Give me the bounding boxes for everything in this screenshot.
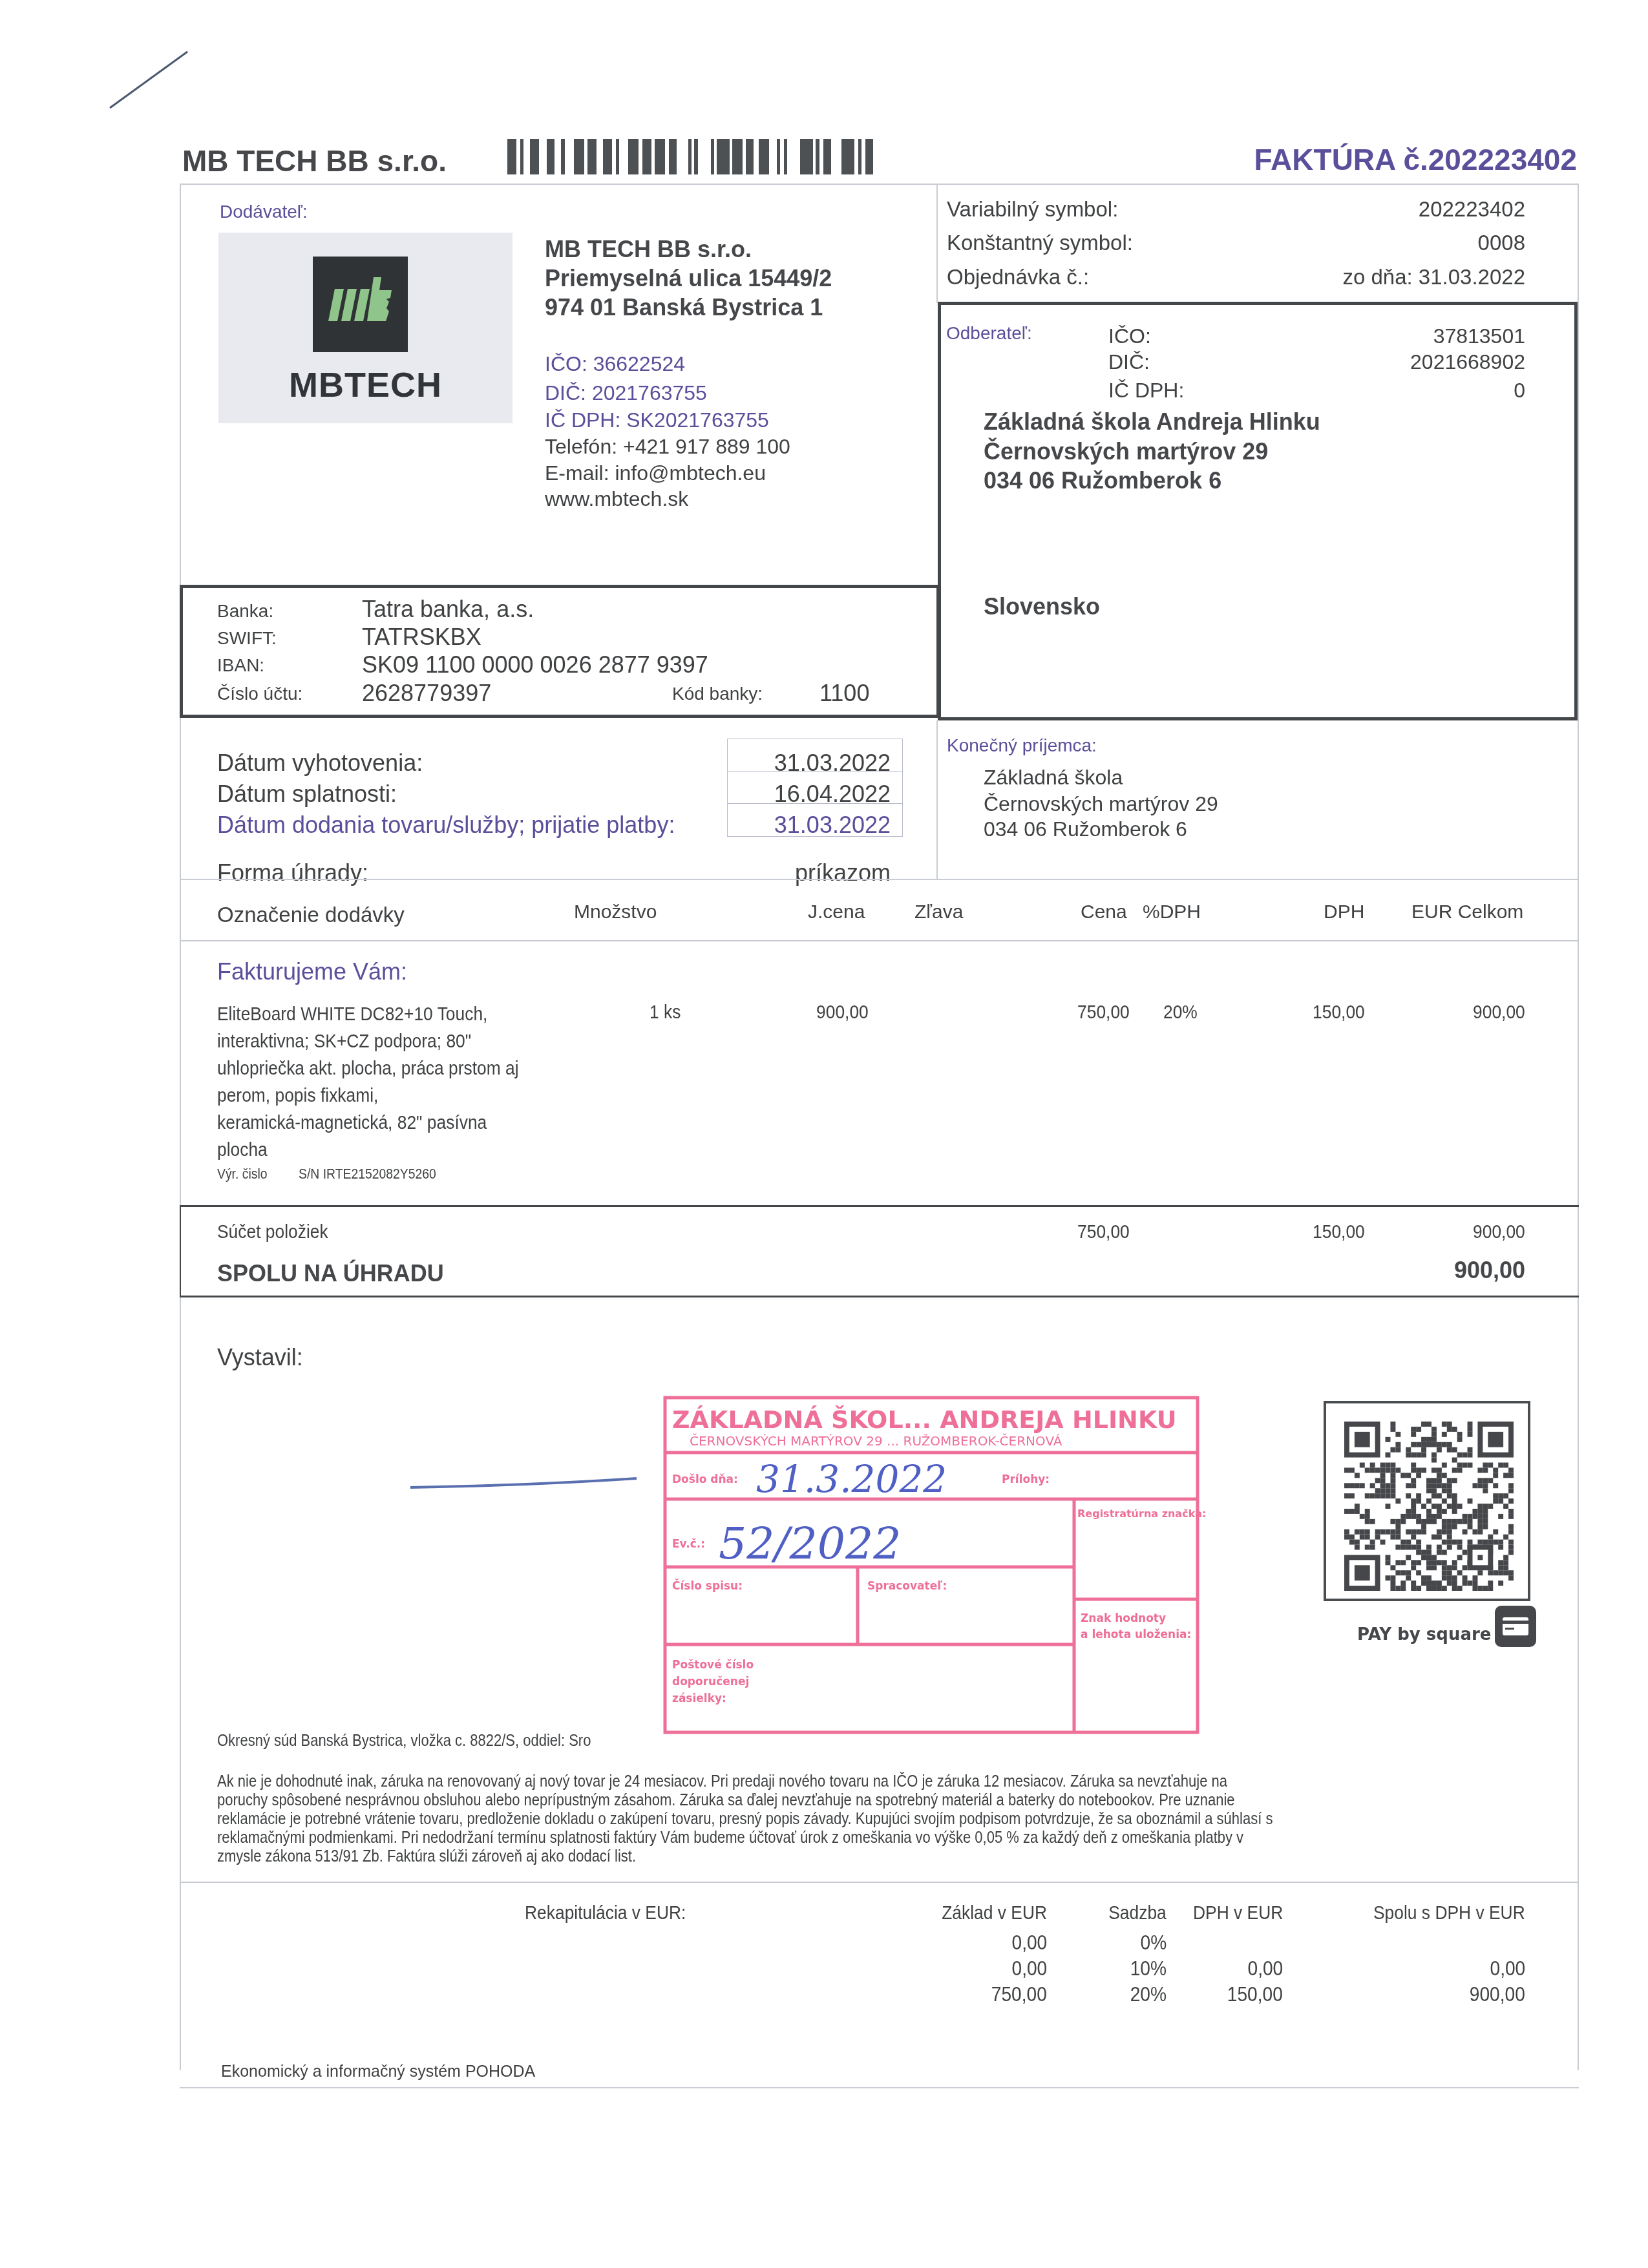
col-header-quantity: Množstvo	[574, 901, 657, 923]
barcode-bar	[732, 139, 743, 174]
serial-number: S/N IRTE2152082Y5260	[299, 1166, 455, 1182]
payment-method-label: Forma úhrady:	[217, 859, 368, 887]
divider	[180, 2087, 1579, 2088]
supplier-phone: Telefón: +421 917 889 100	[545, 435, 790, 459]
warranty-text-line: poruchy spôsobené nesprávnou obsluhou al…	[217, 1791, 1373, 1810]
issue-date-label: Dátum vyhotovenia:	[217, 750, 423, 777]
warranty-text-line: zmysle zákona 513/91 Zb. Faktúra slúži z…	[217, 1847, 693, 1866]
court-registration: Okresný súd Banská Bystrica, vložka c. 8…	[217, 1732, 642, 1750]
variable-symbol-label: Variabilný symbol:	[947, 197, 1118, 222]
customer-name: Základná škola Andreja Hlinku	[984, 408, 1320, 436]
swift-label: SWIFT:	[217, 628, 277, 649]
logo-mark-square	[313, 257, 408, 352]
item-total: 900,00	[1466, 1002, 1525, 1024]
barcode-bar	[603, 139, 612, 174]
pen-mark-top	[107, 48, 197, 113]
due-date: 16.04.2022	[774, 781, 891, 808]
barcode-bar	[816, 139, 819, 174]
pen-stroke-signature	[407, 1473, 640, 1493]
bank-name: Tatra banka, a.s.	[362, 596, 534, 623]
delivery-date: 31.03.2022	[774, 812, 891, 839]
thumbs-up-mb-icon	[324, 276, 396, 324]
customer-street: Černovských martýrov 29	[984, 438, 1268, 465]
recap-header-vat: DPH v EUR	[1181, 1902, 1283, 1924]
variable-symbol-value: 202223402	[1419, 197, 1525, 222]
barcode-bar	[669, 139, 677, 174]
item-description-line: uhlopriečka akt. plocha, práca prstom aj	[217, 1055, 560, 1083]
total-to-pay-label: SPOLU NA ÚHRADU	[217, 1260, 444, 1287]
qr-code-icon	[1344, 1422, 1514, 1591]
divider	[180, 1296, 1579, 1297]
logo-text: MBTECH	[218, 365, 512, 405]
col-header-unit-price: J.cena	[808, 901, 865, 923]
divider	[180, 1205, 181, 1296]
barcode-bar	[530, 139, 539, 174]
order-date: zo dňa: 31.03.2022	[1342, 265, 1525, 289]
recap-rate: 10%	[1125, 1957, 1167, 1980]
divider	[180, 184, 181, 2070]
barcode-bar	[628, 139, 639, 174]
pay-by-square-label: PAY by square	[1357, 1625, 1491, 1644]
divider	[180, 940, 1579, 941]
barcode-bar	[642, 139, 651, 174]
col-header-price: Cena	[1081, 901, 1127, 923]
supplier-dic: DIČ: 2021763755	[545, 381, 707, 405]
barcode-bar	[561, 139, 565, 174]
recap-header-rate: Sadzba	[1101, 1902, 1167, 1924]
barcode-bar	[520, 139, 523, 174]
constant-symbol-label: Konštantný symbol:	[947, 231, 1133, 255]
recap-header-total: Spolu s DPH v EUR	[1353, 1902, 1525, 1924]
supplier-name: MB TECH BB s.r.o.	[545, 236, 752, 263]
customer-dic-label: DIČ:	[1108, 350, 1150, 374]
recap-base: 0,00	[1007, 1957, 1047, 1980]
items-intro: Fakturujeme Vám:	[217, 958, 407, 985]
supplier-ic-dph: IČ DPH: SK2021763755	[545, 408, 769, 432]
divider	[936, 720, 938, 879]
items-sum-vat: 150,00	[1305, 1221, 1365, 1243]
total-to-pay: 900,00	[1454, 1257, 1525, 1284]
barcode-bar	[717, 139, 730, 174]
item-description-line: EliteBoard WHITE DC82+10 Touch,	[217, 1000, 525, 1029]
final-recipient-city: 034 06 Ružomberok 6	[984, 817, 1187, 841]
item-price: 750,00	[1070, 1002, 1130, 1024]
supplier-ico: IČO: 36622524	[545, 352, 685, 376]
divider	[180, 879, 1579, 880]
issued-by-label: Vystavil:	[217, 1344, 303, 1371]
divider	[180, 1205, 1579, 1207]
recap-base: 0,00	[1007, 1931, 1047, 1955]
items-sum-price: 750,00	[1070, 1221, 1130, 1243]
col-header-description: Označenie dodávky	[217, 903, 405, 927]
stamp-reg-mark-label: Registratúrna značka:	[1077, 1507, 1206, 1520]
stamp-ev-label: Ev.č.:	[672, 1538, 705, 1551]
final-recipient-name: Základná škola	[984, 766, 1123, 790]
barcode-bar	[759, 139, 769, 174]
company-logo: MBTECH	[218, 233, 512, 423]
recap-header-base: Základ v EUR	[927, 1902, 1047, 1924]
divider	[1578, 184, 1579, 2070]
iban-label: IBAN:	[217, 655, 264, 676]
final-recipient-street: Černovských martýrov 29	[984, 792, 1218, 816]
customer-dic: 2021668902	[1410, 350, 1525, 374]
barcode-bar	[858, 139, 861, 174]
stamp-postal-label: zásielky:	[672, 1692, 726, 1705]
barcode-bar	[800, 139, 813, 174]
recap-rate: 20%	[1125, 1982, 1167, 2006]
account-label: Číslo účtu:	[217, 684, 302, 704]
supplier-street: Priemyselná ulica 15449/2	[545, 265, 832, 292]
barcode-bar	[587, 139, 597, 174]
stamp-retention-label: a lehota uloženia:	[1081, 1628, 1191, 1641]
bank-label: Banka:	[217, 601, 273, 622]
supplier-label: Dodávateľ:	[220, 202, 308, 222]
company-header: MB TECH BB s.r.o.	[182, 143, 447, 178]
registry-stamp: ZÁKLADNÁ ŠKOL... ANDREJA HLINKU ČERNOVSK…	[660, 1392, 1202, 1738]
item-quantity: 1 ks	[650, 1002, 685, 1024]
barcode-bar	[777, 139, 780, 174]
payment-qr-code	[1324, 1401, 1530, 1601]
customer-ico: 37813501	[1433, 324, 1525, 348]
warranty-text-line: Ak nie je dohodnuté inak, záruka na reno…	[217, 1772, 1365, 1791]
stamp-postal-label: doporučenej	[672, 1675, 749, 1688]
barcode-bar	[746, 139, 754, 174]
bank-code-label: Kód banky:	[672, 684, 763, 704]
divider	[180, 1882, 1579, 1883]
final-recipient-label: Konečný príjemca:	[947, 735, 1097, 756]
items-sum-label: Súčet položiek	[217, 1221, 343, 1243]
supplier-email[interactable]: E-mail: info@mbtech.eu	[545, 461, 766, 485]
customer-country: Slovensko	[984, 593, 1100, 620]
item-description-line: plocha	[217, 1136, 274, 1164]
barcode-bar	[694, 139, 698, 174]
serial-label: Výr. čislo	[217, 1166, 274, 1182]
col-header-vat-rate: %DPH	[1143, 901, 1201, 923]
stamp-postal-label: Poštové číslo	[672, 1659, 754, 1672]
recap-total: 900,00	[1462, 1982, 1525, 2006]
item-description-line: keramická-magnetická, 82" pasívna	[217, 1109, 523, 1137]
col-header-vat: DPH	[1324, 901, 1364, 923]
invoice-title: FAKTÚRA č.202223402	[1254, 142, 1577, 177]
customer-ico-label: IČO:	[1108, 324, 1151, 348]
item-vat: 150,00	[1305, 1002, 1365, 1024]
stamp-handler-label: Spracovateľ:	[867, 1580, 947, 1593]
recap-base: 750,00	[984, 1982, 1047, 2006]
warranty-text-line: reklamácie je potrebné vrátenie tovaru, …	[217, 1810, 1417, 1829]
bank-code-value: 1100	[819, 680, 869, 707]
recap-vat: 150,00	[1220, 1982, 1283, 2006]
stamp-title: ZÁKLADNÁ ŠKOL... ANDREJA HLINKU	[672, 1405, 1177, 1434]
stamp-received-date: 31.3.2022	[756, 1457, 947, 1501]
item-description-line: interaktivna; SK+CZ podpora; 80"	[217, 1027, 506, 1056]
stamp-value-sign-label: Znak hodnoty	[1081, 1612, 1166, 1625]
software-footer: Ekonomický a informačný systém POHODA	[221, 2063, 535, 2081]
barcode	[507, 139, 876, 174]
stamp-ev-number: 52/2022	[719, 1518, 902, 1570]
swift-value: TATRSKBX	[362, 624, 481, 651]
item-description-line: perom, popis fixkami,	[217, 1082, 400, 1110]
warranty-text-line: reklamačnými podmienkami. Pri nedodržaní…	[217, 1829, 1384, 1847]
barcode-bar	[547, 139, 555, 174]
recap-rate: 0%	[1137, 1931, 1167, 1955]
stamp-received-label: Došlo dňa:	[672, 1473, 738, 1486]
barcode-bar	[507, 139, 516, 174]
customer-label: Odberateľ:	[946, 323, 1032, 344]
delivery-date-label: Dátum dodania tovaru/služby; prijatie pl…	[217, 812, 675, 839]
card-icon	[1495, 1606, 1536, 1647]
barcode-bar	[823, 139, 831, 174]
due-date-label: Dátum splatnosti:	[217, 781, 397, 808]
item-vat-rate: 20%	[1163, 1002, 1202, 1024]
recap-total: 0,00	[1485, 1957, 1525, 1980]
recap-vat: 0,00	[1243, 1957, 1283, 1980]
items-sum-total: 900,00	[1466, 1221, 1525, 1243]
barcode-bar	[784, 139, 787, 174]
divider	[180, 184, 1579, 185]
customer-city: 034 06 Ružomberok 6	[984, 467, 1221, 494]
barcode-bar	[865, 139, 873, 174]
barcode-bar	[655, 139, 665, 174]
divider	[936, 184, 938, 303]
customer-ic-dph-label: IČ DPH:	[1108, 379, 1184, 403]
stamp-attachments-label: Prílohy:	[1002, 1473, 1050, 1486]
iban-value: SK09 1100 0000 0026 2877 9397	[362, 651, 708, 678]
supplier-city: 974 01 Banská Bystrica 1	[545, 294, 823, 321]
stamp-file-no-label: Číslo spisu:	[672, 1580, 743, 1593]
item-unit-price: 900,00	[809, 1002, 869, 1024]
order-label: Objednávka č.:	[947, 265, 1089, 289]
col-header-discount: Zľava	[914, 901, 963, 923]
issue-date: 31.03.2022	[774, 750, 891, 777]
barcode-bar	[711, 139, 714, 174]
barcode-bar	[574, 139, 584, 174]
stamp-subtitle: ČERNOVSKÝCH MARTÝROV 29 ... RUŽOMBEROK-Č…	[690, 1433, 1062, 1449]
barcode-bar	[616, 139, 619, 174]
barcode-bar	[688, 139, 692, 174]
customer-ic-dph: 0	[1514, 379, 1525, 403]
barcode-bar	[841, 139, 854, 174]
recap-label: Rekapitulácia v EUR:	[525, 1902, 708, 1924]
account-value: 2628779397	[362, 680, 491, 707]
supplier-website[interactable]: www.mbtech.sk	[545, 487, 688, 511]
constant-symbol-value: 0008	[1478, 231, 1525, 255]
payment-method: príkazom	[795, 859, 891, 887]
col-header-total: EUR Celkom	[1411, 901, 1523, 923]
